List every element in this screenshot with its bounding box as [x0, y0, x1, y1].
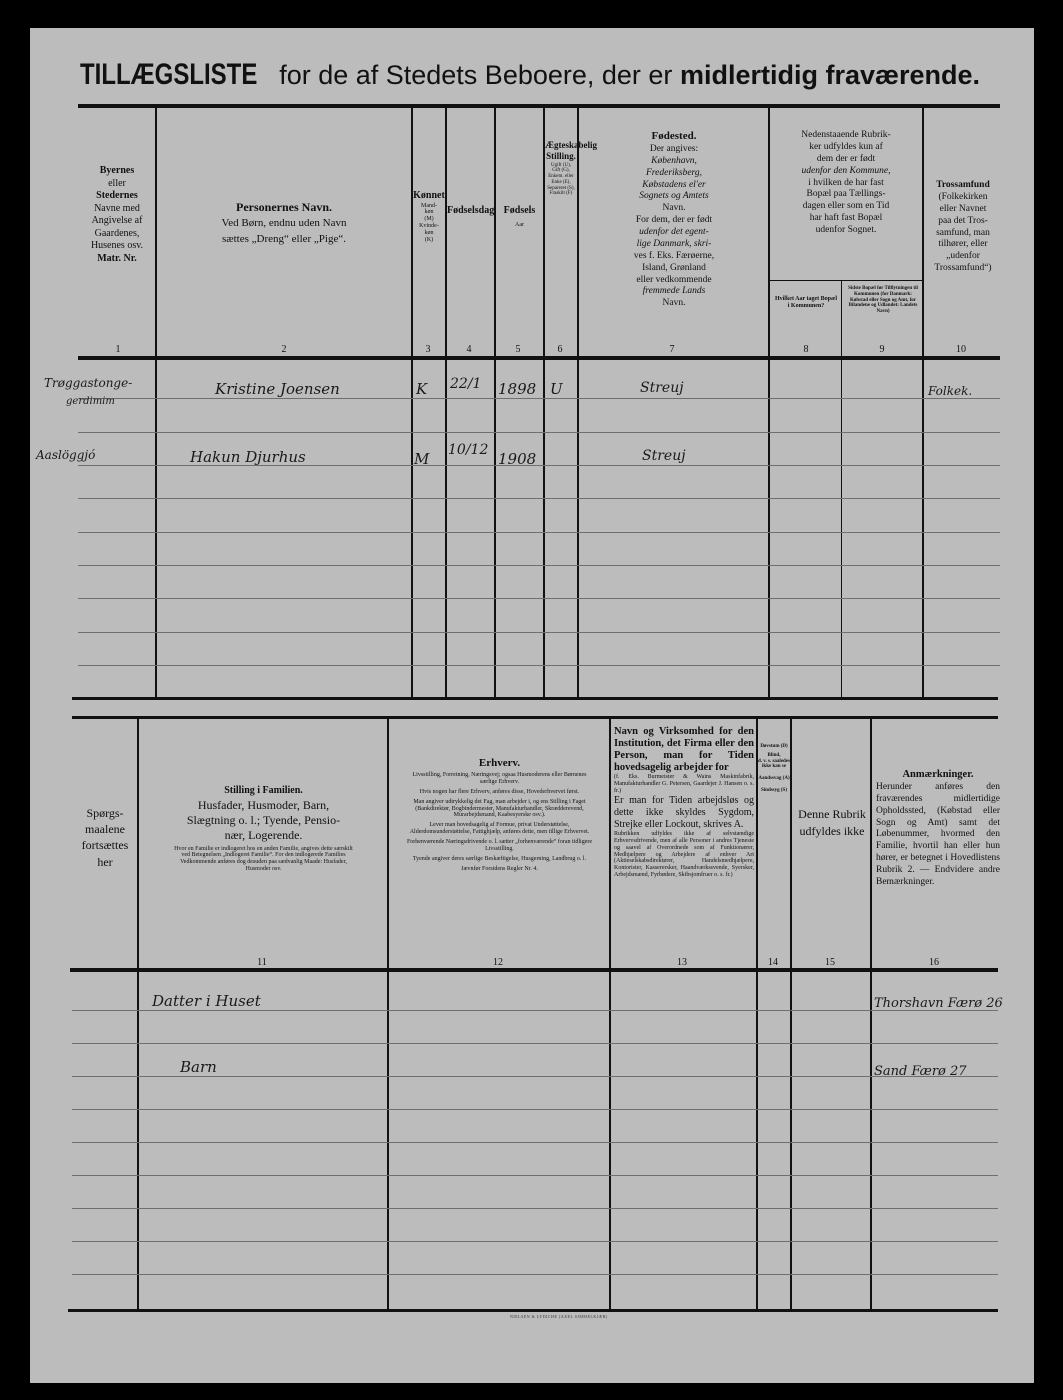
row2-place: Aaslöggjó — [36, 448, 95, 462]
row2-birthplace: Streuj — [642, 448, 686, 464]
row2-birth-day: 10/12 — [448, 442, 488, 458]
col8-header: Hvilket Aar taget Bopæl i Kommunen? — [774, 296, 838, 310]
row2-sex: M — [414, 450, 429, 468]
col-number: 9 — [872, 344, 892, 355]
col12-header: Erhverv. Livsstilling, Forretning, Nærin… — [392, 752, 607, 873]
row2-remarks: Sand Færø 27 — [874, 1064, 967, 1079]
row-rule — [72, 1010, 998, 1011]
lower-col-divider — [790, 718, 792, 1310]
row1-birth-year: 1898 — [498, 380, 536, 398]
row1-place-cont: gerdimim — [66, 396, 115, 407]
col-number: 11 — [252, 957, 272, 968]
upper-top-rule — [78, 104, 1000, 108]
row-rule — [72, 1274, 998, 1275]
col10-header: Trossamfund (Folkekirken eller Navnet pa… — [926, 180, 1000, 275]
lower-col-divider — [756, 718, 758, 1310]
col-number: 4 — [459, 344, 479, 355]
row-rule — [78, 398, 1000, 399]
col2-header: Personernes Navn. Ved Børn, endnu uden N… — [158, 200, 410, 247]
col12-detail: Livsstilling, Forretning, Næringsvej; og… — [392, 772, 607, 873]
col-number: 2 — [274, 344, 294, 355]
row1-family-position: Datter i Huset — [152, 992, 261, 1010]
lower-bottom-rule — [68, 1309, 998, 1312]
col5-header: Fødsels Aar — [496, 205, 543, 230]
row-rule — [78, 632, 1000, 633]
row-rule — [72, 1043, 998, 1044]
lower-top-rule — [72, 716, 998, 719]
group-8-9-header: Nedenstaaende Rubrik- ker udfyldes kun a… — [772, 130, 920, 237]
form-title-end: midlertidig fraværende. — [680, 60, 980, 90]
col16-header: Anmærkninger. Herunder anføres den fravæ… — [876, 768, 1000, 889]
col-number: 6 — [550, 344, 570, 355]
row-rule — [72, 1109, 998, 1110]
row1-sex: K — [416, 380, 427, 398]
upper-col-divider — [494, 106, 496, 698]
col-number: 5 — [508, 344, 528, 355]
lower-header-rule — [70, 968, 998, 972]
row1-birthplace: Streuj — [640, 380, 684, 396]
row1-remarks: Thorshavn Færø 26 — [874, 996, 1003, 1011]
lower-col-divider — [137, 718, 139, 1310]
lower-col-divider — [609, 718, 611, 1310]
col-number: 7 — [662, 344, 682, 355]
row1-name: Kristine Joensen — [215, 380, 340, 398]
upper-bottom-rule — [72, 697, 998, 700]
col9-header: Sidste Bopæl før Tilflytningen til Kommu… — [845, 286, 921, 315]
row-rule — [72, 1208, 998, 1209]
row-rule — [72, 1142, 998, 1143]
lower-col-divider — [870, 718, 872, 1310]
col11-note: Hvor en Familie er indlogeret hos en and… — [142, 843, 385, 874]
row-rule — [78, 498, 1000, 499]
row-rule — [78, 665, 1000, 666]
group-8-9-subrule — [769, 280, 923, 281]
row-rule — [72, 1241, 998, 1242]
form-title-bold: TILLÆGSLISTE — [80, 58, 257, 92]
upper-col-divider — [577, 106, 579, 698]
row-rule — [78, 565, 1000, 566]
col6-header-detail: Ugift (U),Gift (G),Enkem. eller Enke (E)… — [545, 163, 577, 198]
col-number: 16 — [924, 957, 944, 968]
row1-marital: U — [550, 380, 563, 398]
col-number: 15 — [820, 957, 840, 968]
row1-birth-day: 22/1 — [450, 376, 481, 392]
row-rule — [78, 598, 1000, 599]
row-rule — [78, 532, 1000, 533]
row-rule — [78, 432, 1000, 433]
col-number: 3 — [418, 344, 438, 355]
upper-col-divider — [922, 106, 924, 698]
col-number: 13 — [672, 957, 692, 968]
col-number: 14 — [763, 957, 783, 968]
form-title-middle: for de af Stedets Beboere, der er — [279, 60, 672, 90]
lower-col-divider — [387, 718, 389, 1310]
upper-col-divider — [841, 280, 842, 698]
col7-header: Fødested. Der angives: København, Freder… — [580, 130, 768, 310]
row1-place: Trøggastonge- — [44, 376, 132, 390]
col-number: 1 — [108, 344, 128, 355]
row1-religion: Folkek. — [928, 384, 972, 398]
col-number: 8 — [796, 344, 816, 355]
col-number: 12 — [488, 957, 508, 968]
col13-header: Navn og Virksomhed for den Institution, … — [614, 726, 754, 879]
col-number: 10 — [951, 344, 971, 355]
upper-col-divider — [155, 106, 157, 698]
upper-header-rule — [78, 356, 1000, 360]
col4-header: Fødselsdag — [447, 205, 494, 218]
col14-header: Døvstum (D) Blind, d. v. s. saaledes ikk… — [758, 744, 790, 794]
row-rule — [72, 1076, 998, 1077]
form-title: TILLÆGSLISTE for de af Stedets Beboere, … — [80, 58, 1010, 102]
printer-mark: NIELSEN & LYDICHE (AXEL SIMMELKIÆR) — [510, 1314, 608, 1319]
upper-col-divider — [445, 106, 447, 698]
col1-header: Byernes eller Stedernes Navne med Angive… — [80, 165, 154, 265]
col15-header: Denne Rubrik udfyldes ikke — [794, 806, 870, 841]
col3-header: Kønnet Mand-køn(M)Kvinde-køn(K) — [413, 190, 445, 244]
row2-name: Hakun Djurhus — [190, 448, 306, 466]
continued-questions-label: Spørgs-maalene fortsættes her — [74, 805, 136, 870]
col6-header: Ægteskabelig Stilling. Ugift (U),Gift (G… — [545, 140, 577, 197]
col3-header-detail: Mand-køn(M)Kvinde-køn(K) — [413, 203, 445, 244]
col11-header: Stilling i Familien. Husfader, Husmoder,… — [142, 782, 385, 873]
row2-birth-year: 1908 — [498, 450, 536, 468]
upper-col-divider — [768, 106, 770, 698]
row2-family-position: Barn — [180, 1058, 217, 1076]
row-rule — [72, 1175, 998, 1176]
